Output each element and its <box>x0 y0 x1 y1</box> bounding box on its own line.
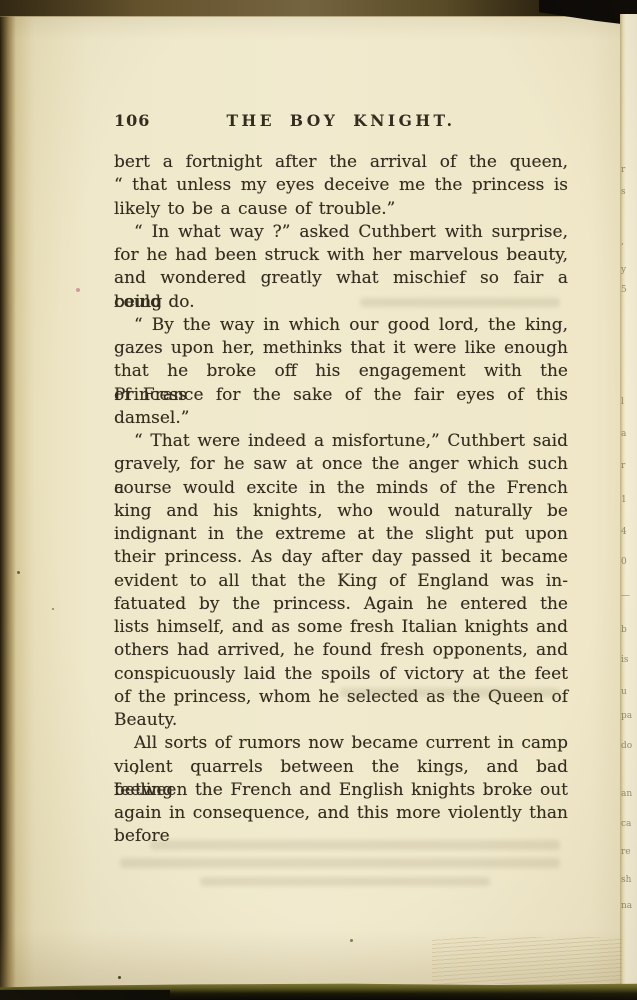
text-line: between the French and English knights b… <box>114 779 568 802</box>
text-line: “ In what way ?” asked Cuthbert with sur… <box>114 221 568 244</box>
text-line: “ that unless my eyes deceive me the pri… <box>114 174 568 197</box>
bleedthrough-fragment: sh <box>621 876 635 885</box>
text-line: Beauty. <box>114 709 568 732</box>
text-line: conspicuously laid the spoils of victory… <box>114 663 568 686</box>
bleedthrough-fragment: is <box>621 656 635 665</box>
text-line: violent quarrels between the kings, and … <box>114 756 568 779</box>
bleedthrough-fragment: re <box>621 848 635 857</box>
page-stack-edges <box>432 937 622 984</box>
text-line: fatuated by the princess. Again he enter… <box>114 593 568 616</box>
text-line: indignant in the extreme at the slight p… <box>114 523 568 546</box>
paper-speck <box>350 939 353 942</box>
bleedthrough-fragment: 1 <box>621 496 635 505</box>
text-line: gravely, for he saw at once the anger wh… <box>114 453 568 476</box>
bleedthrough-fragment: r <box>621 462 635 471</box>
bleedthrough-fragment: b <box>621 626 635 635</box>
bleedthrough-fragment: na <box>621 902 635 911</box>
text-line: lists himself, and as some fresh Italian… <box>114 616 568 639</box>
bleedthrough-fragment: s <box>621 188 635 197</box>
bleedthrough-smudge <box>150 840 560 850</box>
text-line: for he had been struck with her marvelou… <box>114 244 568 267</box>
paper-speck <box>76 288 80 292</box>
running-title: THE BOY KNIGHT. <box>114 111 568 130</box>
text-line: of France for the sake of the fair eyes … <box>114 384 568 407</box>
text-line: gazes upon her, methinks that it were li… <box>114 337 568 360</box>
bleedthrough-fragment: — <box>621 592 635 601</box>
bleedthrough-fragment: y <box>621 266 635 275</box>
bleedthrough-fragment: 0 <box>621 558 635 567</box>
bleedthrough-fragment: l <box>621 398 635 407</box>
text-line: likely to be a cause of trouble.” <box>114 198 568 221</box>
text-line: again in consequence, and this more viol… <box>114 802 568 825</box>
text-line: others had arrived, he found fresh oppon… <box>114 639 568 662</box>
paper-speck <box>17 571 20 574</box>
bleedthrough-fragment: r <box>621 166 635 175</box>
text-line: and wondered greatly what mischief so fa… <box>114 267 568 290</box>
bleedthrough-smudge <box>340 688 560 697</box>
bleedthrough-smudge <box>120 858 560 868</box>
text-line: “ That were indeed a misfortune,” Cuthbe… <box>114 430 568 453</box>
bottom-left-shadow <box>0 990 170 1000</box>
bleedthrough-smudge <box>360 298 560 307</box>
bleedthrough-fragment: 5 <box>621 286 635 295</box>
bleedthrough-fragment: do <box>621 742 635 751</box>
text-line: king and his knights, who would naturall… <box>114 500 568 523</box>
text-line: their princess. As day after day passed … <box>114 546 568 569</box>
paper-speck <box>52 608 54 610</box>
bleedthrough-fragment: an <box>621 790 635 799</box>
page-body: bert a fortnight after the arrival of th… <box>114 151 568 849</box>
text-line: bert a fortnight after the arrival of th… <box>114 151 568 174</box>
text-line: “ By the way in which our good lord, the… <box>114 314 568 337</box>
text-line: course would excite in the minds of the … <box>114 477 568 500</box>
bleedthrough-fragment: ca <box>621 820 635 829</box>
bleedthrough-fragment: , <box>621 238 635 247</box>
text-line: damsel.” <box>114 407 568 430</box>
bleedthrough-smudge <box>200 877 490 886</box>
text-line: that he broke off his engagement with th… <box>114 360 568 383</box>
bleedthrough-fragment: u <box>621 688 635 697</box>
page-header: 106 THE BOY KNIGHT. <box>114 111 568 133</box>
bleedthrough-fragment: 4 <box>621 528 635 537</box>
bleedthrough-fragment: pa <box>621 712 635 721</box>
paper-speck <box>118 976 121 979</box>
bleedthrough-fragment: a <box>621 430 635 439</box>
text-line: evident to all that the King of England … <box>114 570 568 593</box>
text-line: All sorts of rumors now became current i… <box>114 732 568 755</box>
scanned-book-page: 106 THE BOY KNIGHT. bert a fortnight aft… <box>0 0 637 1000</box>
